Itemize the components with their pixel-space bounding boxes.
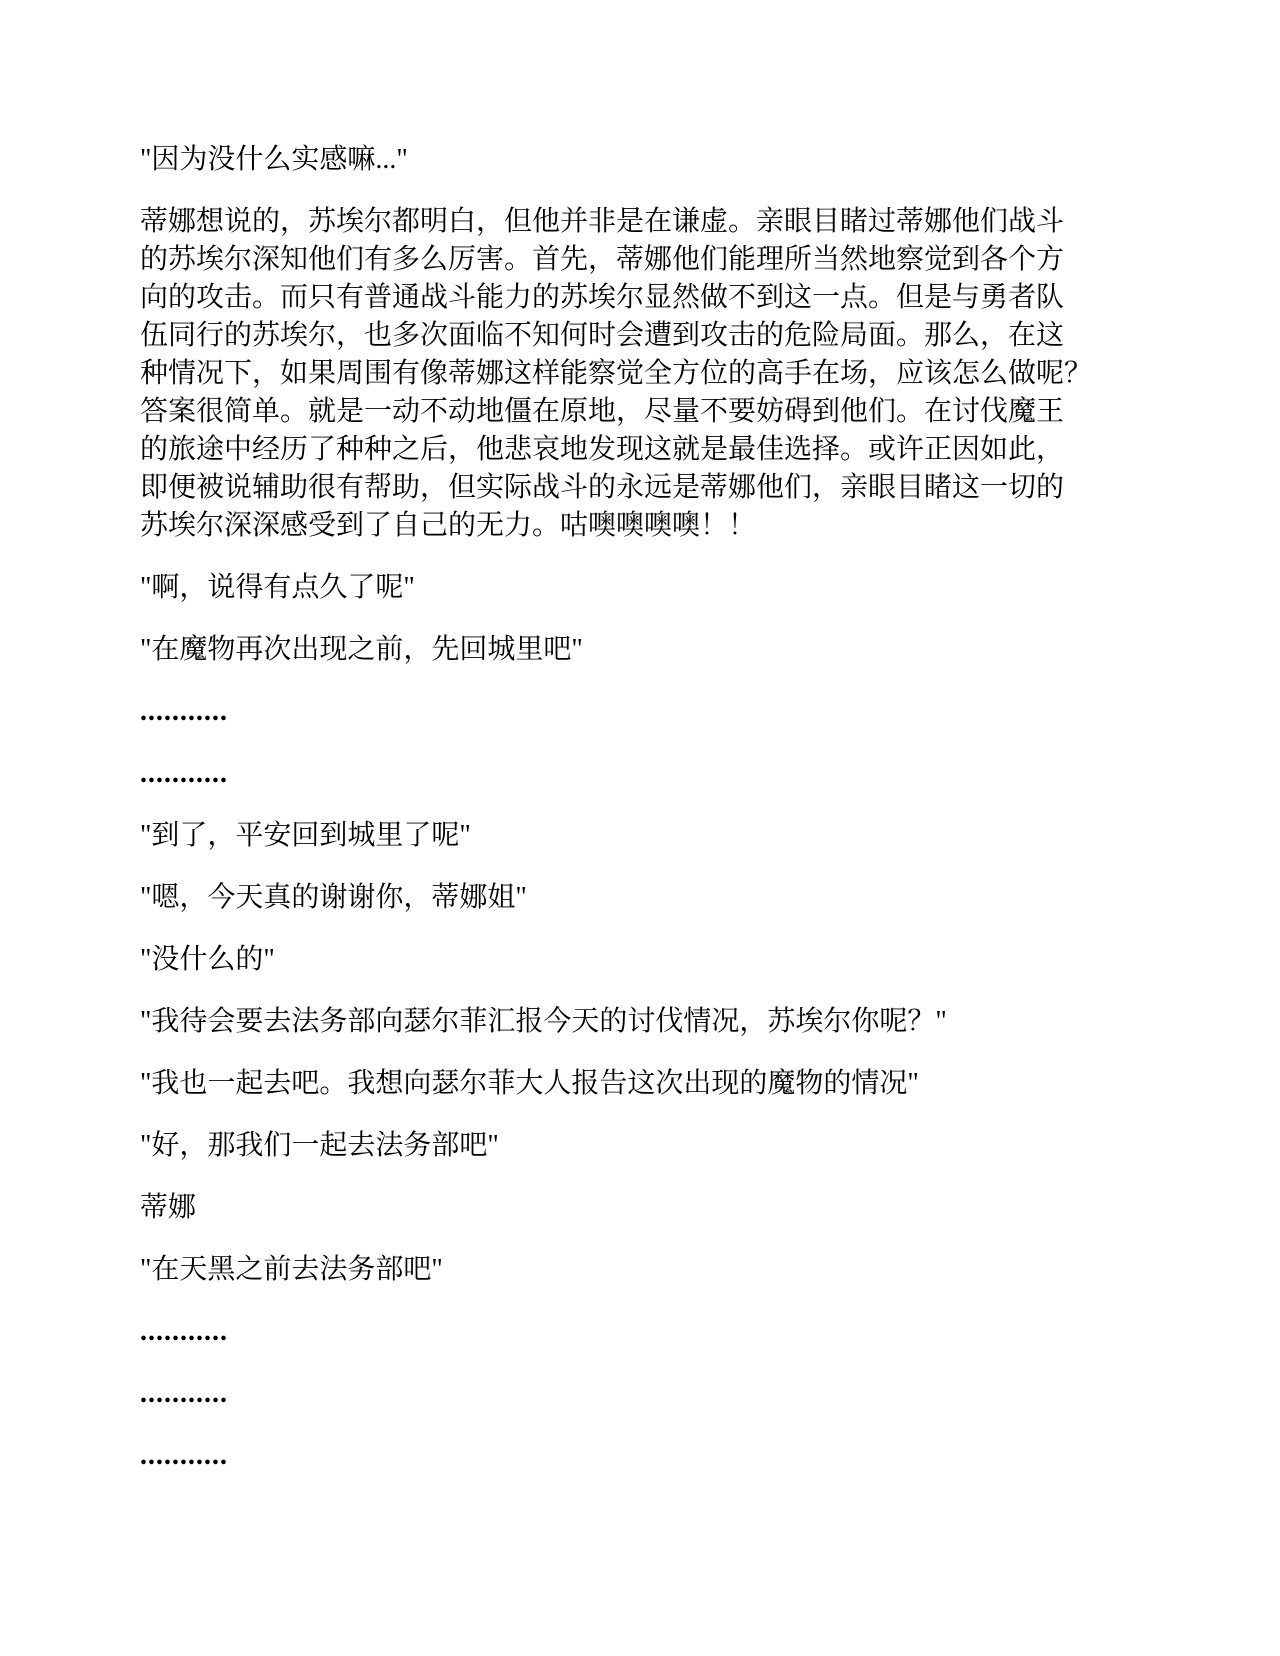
dialogue-line: "我也一起去吧。我想向瑟尔菲大人报告这次出现的魔物的情况" [140, 1065, 1150, 1103]
dialogue-line: "在天黑之前去法务部吧" [140, 1251, 1150, 1289]
dialogue-line: "到了，平安回到城里了呢" [140, 817, 1150, 855]
dialogue-line: "嗯，今天真的谢谢你，蒂娜姐" [140, 879, 1150, 917]
narration-paragraph: 蒂娜想说的，苏埃尔都明白，但他并非是在谦虚。亲眼目睹过蒂娜他们战斗 的苏埃尔深知… [140, 203, 1150, 545]
ellipsis-line: ........... [140, 1375, 1150, 1413]
ellipsis-line: ........... [140, 755, 1150, 793]
dialogue-line: "好，那我们一起去法务部吧" [140, 1127, 1150, 1165]
speaker-name: 蒂娜 [140, 1189, 1150, 1227]
dialogue-line: "在魔物再次出现之前，先回城里吧" [140, 631, 1150, 669]
dialogue-line: "因为没什么实感嘛..." [140, 141, 1150, 179]
document-page: "因为没什么实感嘛..." 蒂娜想说的，苏埃尔都明白，但他并非是在谦虚。亲眼目睹… [0, 0, 1280, 1656]
ellipsis-line: ........... [140, 1437, 1150, 1475]
dialogue-line: "我待会要去法务部向瑟尔菲汇报今天的讨伐情况，苏埃尔你呢？" [140, 1003, 1150, 1041]
dialogue-line: "啊，说得有点久了呢" [140, 569, 1150, 607]
ellipsis-line: ........... [140, 1313, 1150, 1351]
ellipsis-line: ........... [140, 693, 1150, 731]
dialogue-line: "没什么的" [140, 941, 1150, 979]
